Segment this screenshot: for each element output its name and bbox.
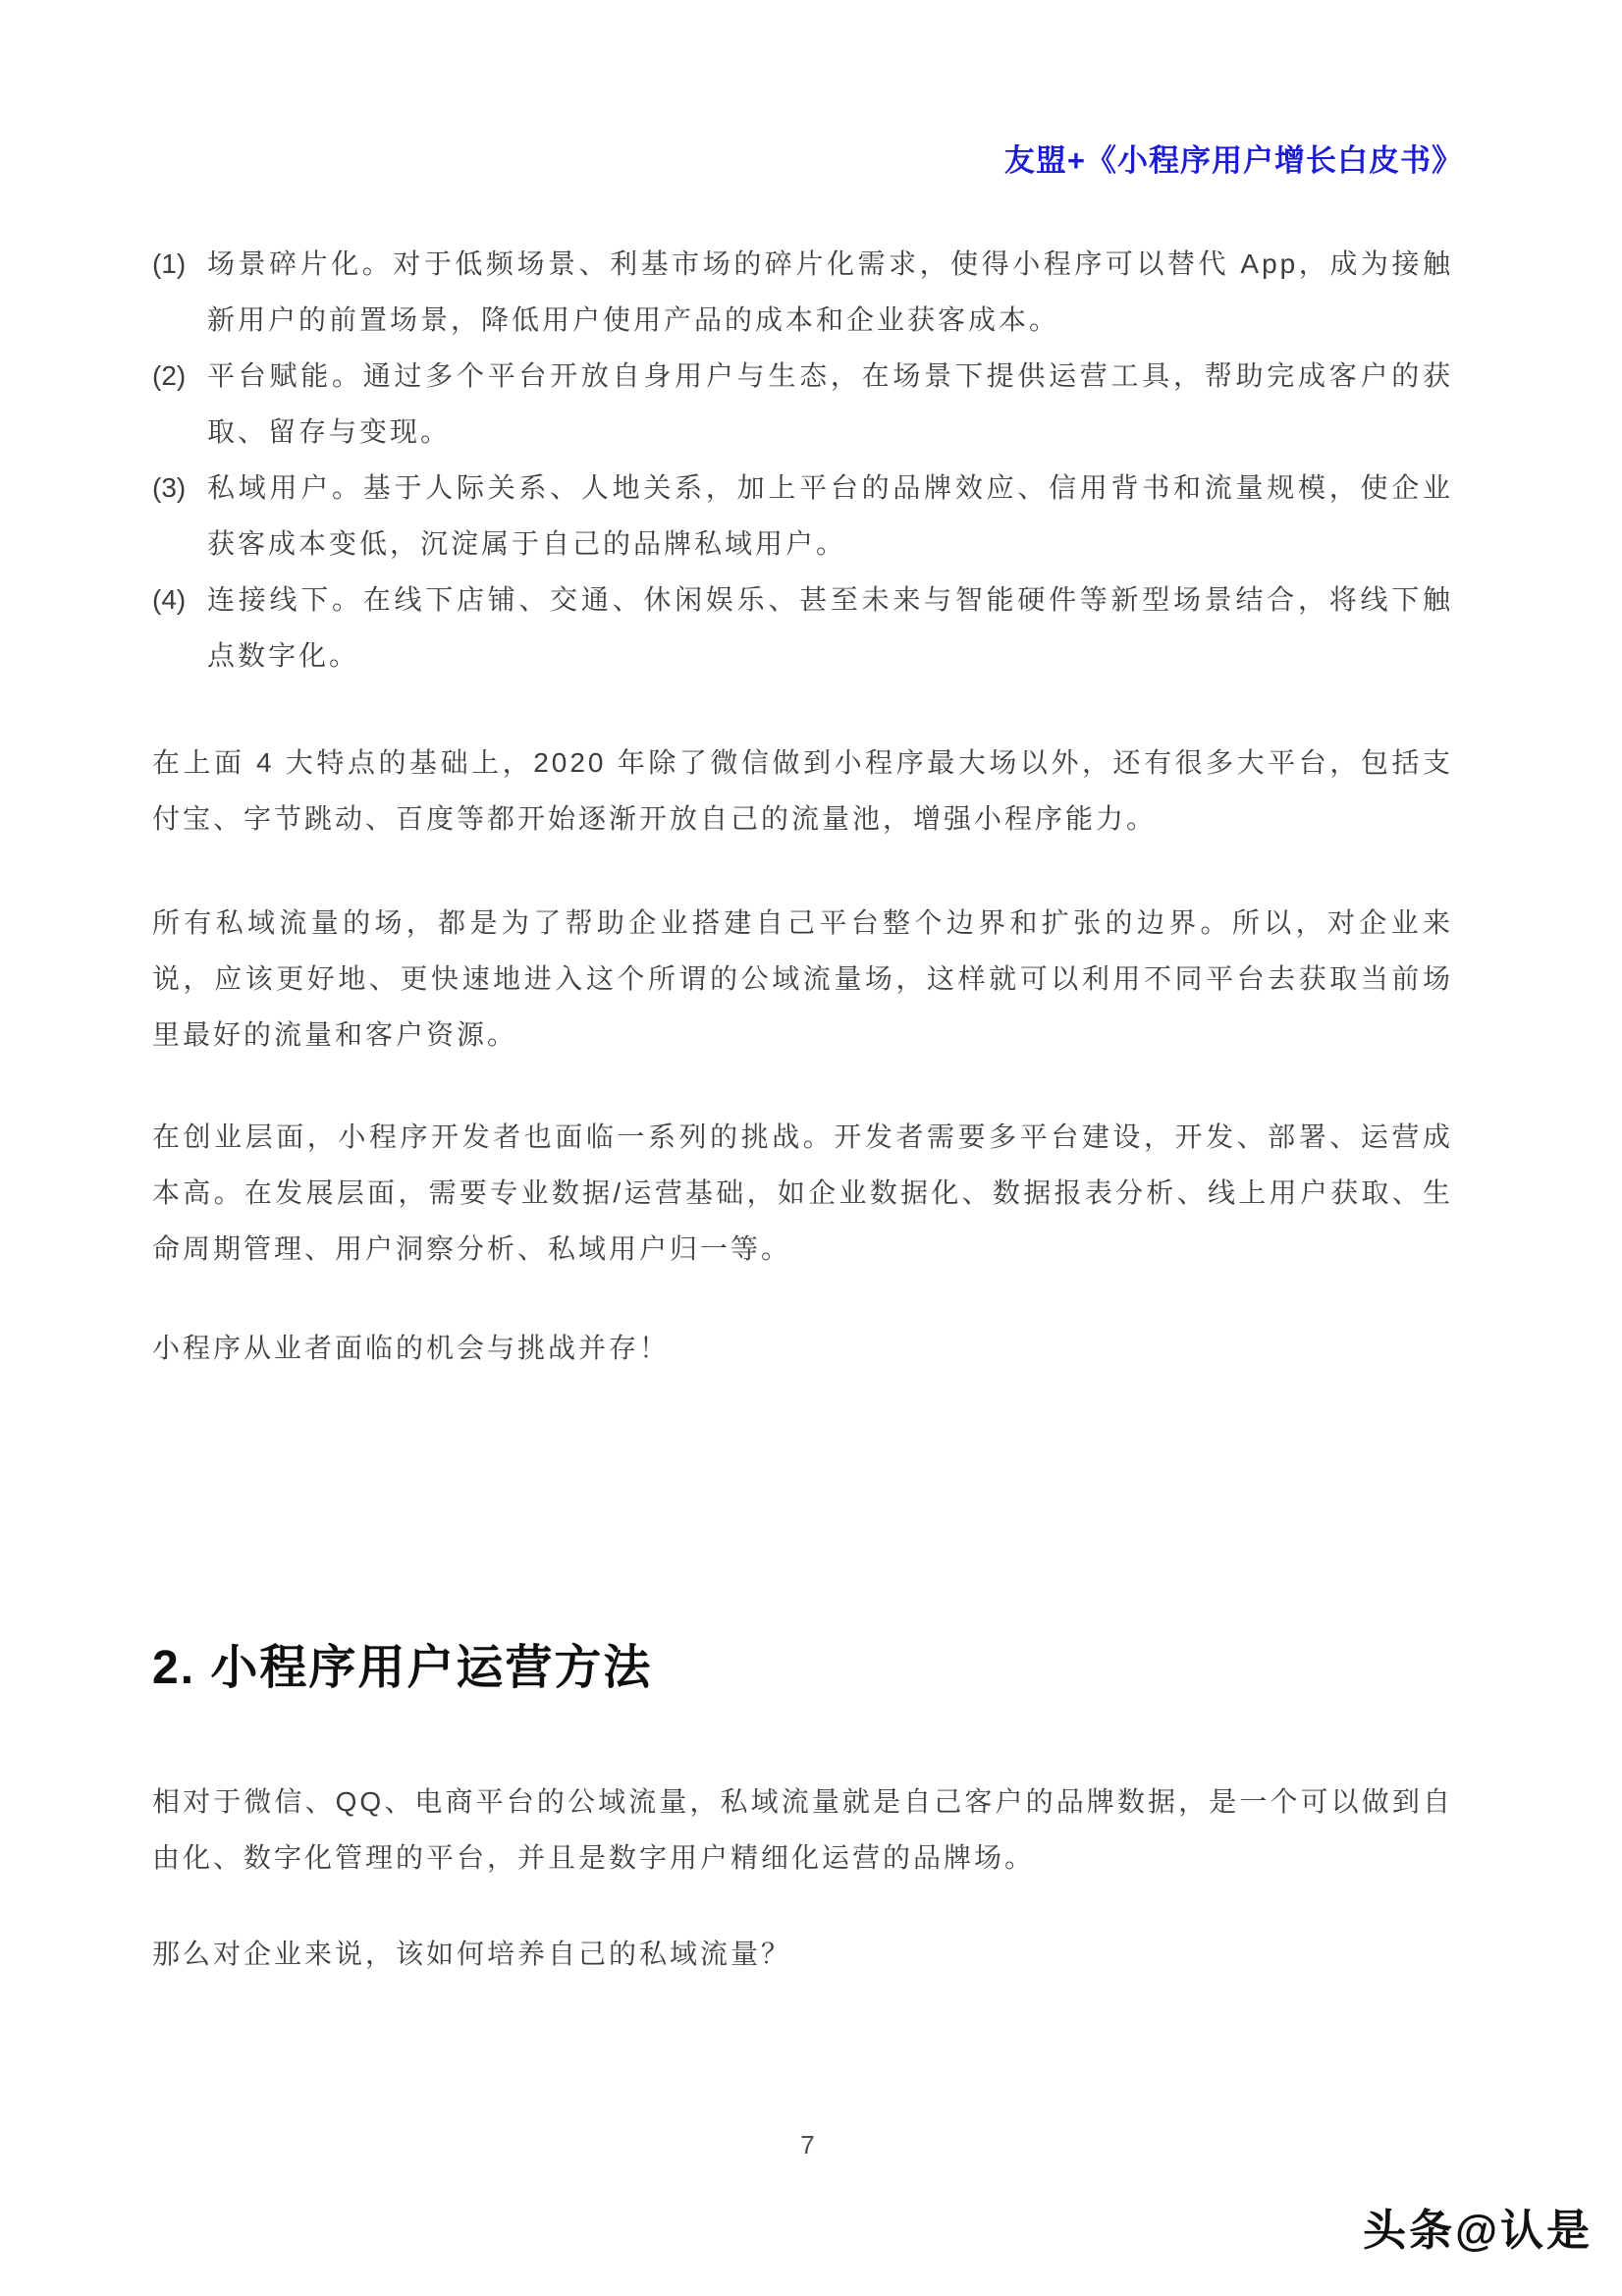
page-header-title: 友盟+《小程序用户增长白皮书》 (152, 136, 1463, 180)
features-list: (1) 场景碎片化。对于低频场景、利基市场的碎片化需求，使得小程序可以替代 Ap… (152, 236, 1453, 683)
list-item-text: 场景碎片化。对于低频场景、利基市场的碎片化需求，使得小程序可以替代 App，成为… (207, 236, 1453, 348)
list-item: (4) 连接线下。在线下店铺、交通、休闲娱乐、甚至未来与智能硬件等新型场景结合，… (152, 572, 1453, 683)
paragraph-question-cultivate-traffic: 那么对企业来说，该如何培养自己的私域流量？ (152, 1926, 1453, 1982)
paragraph-developer-challenges: 在创业层面，小程序开发者也面临一系列的挑战。开发者需要多平台建设，开发、部署、运… (152, 1109, 1453, 1277)
paragraph-private-vs-public-traffic: 相对于微信、QQ、电商平台的公域流量，私域流量就是自己客户的品牌数据，是一个可以… (152, 1774, 1453, 1886)
document-page: 友盟+《小程序用户增长白皮书》 (1) 场景碎片化。对于低频场景、利基市场的碎片… (0, 0, 1622, 2296)
section-heading: 2. 小程序用户运营方法 (152, 1638, 1463, 1699)
list-item-text: 私域用户。基于人际关系、人地关系，加上平台的品牌效应、信用背书和流量规模，使企业… (207, 460, 1453, 572)
list-item-marker: (3) (152, 460, 207, 516)
page-number: 7 (152, 2129, 1463, 2160)
list-item-marker: (4) (152, 572, 207, 628)
list-item-text: 平台赋能。通过多个平台开放自身用户与生态，在场景下提供运营工具，帮助完成客户的获… (207, 348, 1453, 460)
list-item: (2) 平台赋能。通过多个平台开放自身用户与生态，在场景下提供运营工具，帮助完成… (152, 348, 1453, 460)
list-item-marker: (2) (152, 348, 207, 404)
paragraph-private-traffic-field: 所有私域流量的场，都是为了帮助企业搭建自己平台整个边界和扩张的边界。所以，对企业… (152, 895, 1453, 1063)
list-item-text: 连接线下。在线下店铺、交通、休闲娱乐、甚至未来与智能硬件等新型场景结合，将线下触… (207, 572, 1453, 683)
list-item: (1) 场景碎片化。对于低频场景、利基市场的碎片化需求，使得小程序可以替代 Ap… (152, 236, 1453, 348)
paragraph-platforms-2020: 在上面 4 大特点的基础上，2020 年除了微信做到小程序最大场以外，还有很多大… (152, 735, 1453, 847)
paragraph-closing-statement: 小程序从业者面临的机会与挑战并存！ (152, 1320, 1453, 1376)
list-item-marker: (1) (152, 236, 207, 292)
watermark-toutiao-renshi: 头条@认是 (1363, 2206, 1593, 2257)
list-item: (3) 私域用户。基于人际关系、人地关系，加上平台的品牌效应、信用背书和流量规模… (152, 460, 1453, 572)
